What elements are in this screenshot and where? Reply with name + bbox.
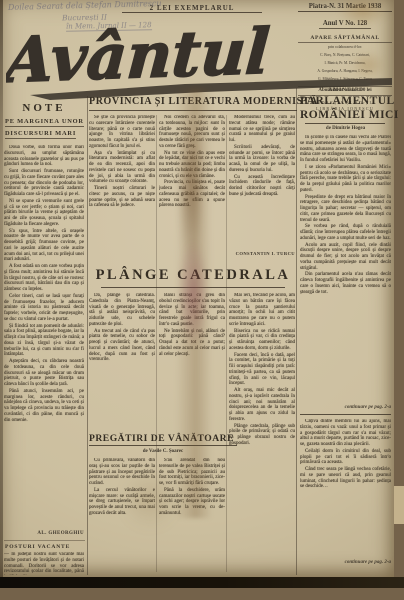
note-article-body: Două vorbe, sub forma unor mari discursu… <box>4 145 84 529</box>
posturi-text: — În județul nostru sunt vacante mai mul… <box>4 552 84 575</box>
page-left-edge-shadow <box>0 0 3 577</box>
parlamentul-headline-rule <box>305 123 385 124</box>
parlamentul-byline: de Dimitrie Hogea <box>300 126 391 131</box>
plange-col-2: Banii strânși cu greu din obolul credinc… <box>159 293 225 429</box>
posturi-title: POSTURI VACANTE <box>5 544 70 551</box>
masthead-logo: Avântul <box>6 10 351 98</box>
provincia-col-3: Modernismul trece, cum au trecut atâtea … <box>229 115 295 250</box>
column-rule-inner-1 <box>156 115 157 572</box>
provincia-headline-rule <box>89 110 297 111</box>
masthead-title-text: Avântul <box>6 15 272 97</box>
provincia-col-1: Se știe că provincia primește cu oarecar… <box>89 115 155 257</box>
parlamentul-headline-line1: PARLAMENTUL <box>300 95 391 107</box>
column-rule-right <box>296 88 297 575</box>
newspaper-page: Doilea Searat dela Ștefan Dumitrescu Buc… <box>0 0 394 577</box>
note-subtitle-1: PE MARGINEA UNOR <box>5 118 84 127</box>
provincia-signature: CONSTANTIN I. TURCU <box>229 251 295 256</box>
plange-col-1: Da, plânge și catedrala. Catedrala din P… <box>89 293 155 429</box>
parlamentul-continuation-2: continuare pe pag. 2-a <box>300 560 391 565</box>
note-subtitle-2: DISCURSURI MARI <box>5 130 76 139</box>
pregatiri-col-2: S'au arendat din nou terenurile de pe va… <box>159 458 225 572</box>
note-signature: AL. GHEORGHIU <box>4 531 84 536</box>
note-kicker: NOTE <box>4 102 84 114</box>
column-rule-inner-2 <box>226 115 227 572</box>
column-rule-left <box>87 96 88 575</box>
provincia-headline: PROVINCIA ȘI LITERATURA MODERNISTĂ <box>89 96 297 107</box>
parlamentul-kicker: AMINTIRI <box>300 87 391 93</box>
note-divider-rule <box>4 540 85 541</box>
right-column-divider <box>300 414 391 415</box>
page-bottom-shadow <box>0 577 404 588</box>
scanned-newspaper-photo: Doilea Searat dela Ștefan Dumitrescu Buc… <box>0 0 404 600</box>
pregatiri-col-1: Cu primăvara, vânătorii din oraș și-au s… <box>89 458 155 572</box>
backing-notch <box>394 486 404 524</box>
plange-headline: PLÂNGE CATEDRALA <box>89 267 297 284</box>
plange-headline-rule <box>101 287 285 288</box>
plange-col-3: Mai ieri, trecând pe acolo, am văzut un … <box>229 293 295 572</box>
parlamentul-continuation-1: continuare pe pag. 2-a <box>300 405 391 410</box>
pregatiri-headline: PREGĂTIRI DE VÂNĂTOARE <box>89 433 237 444</box>
pregatiri-byline: de Vasile C. Șoarec <box>89 449 237 454</box>
parlamentul-part2: Câțiva dintre membrii lui au ajuns, mai … <box>300 419 391 559</box>
provincia-col-2: Noi credem că adevărul stă, ca totdeauna… <box>159 115 225 257</box>
pregatiri-headline-rule <box>89 445 237 446</box>
parlamentul-headline-line2: ROMÂNIEI MICI <box>300 109 391 121</box>
parlamentul-part1: În școlile și în casele mai vechi ale Pi… <box>300 135 391 404</box>
